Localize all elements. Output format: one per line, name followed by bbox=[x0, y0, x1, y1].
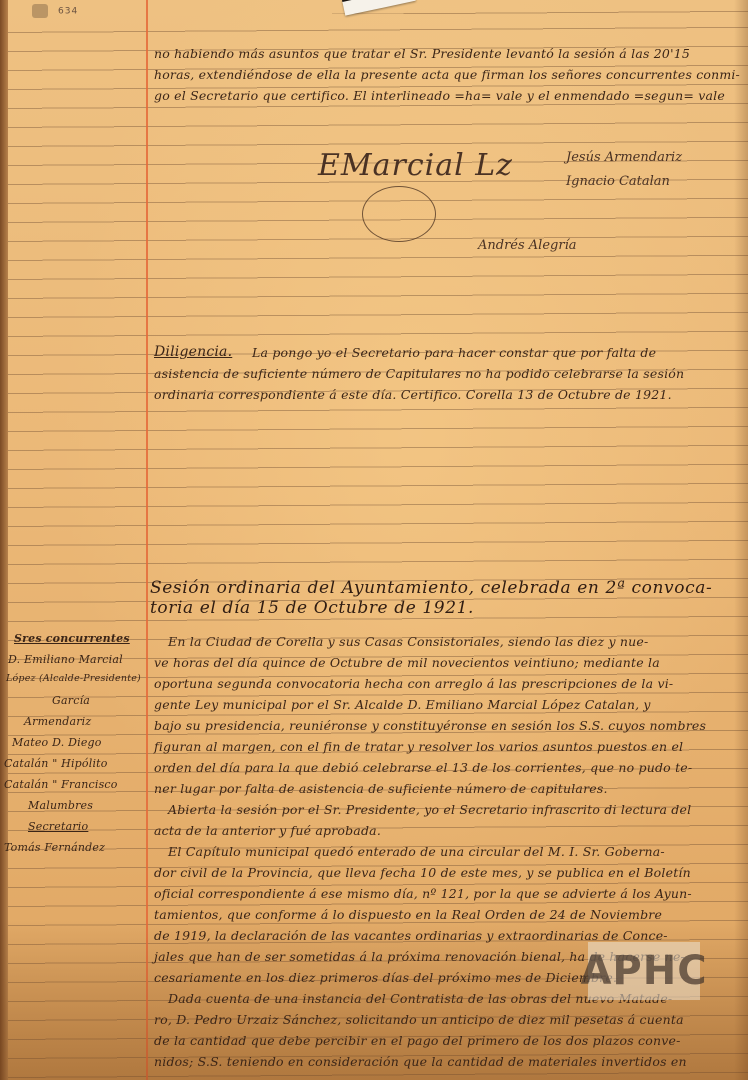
closing-line-1: no habiendo más asuntos que tratar el Sr… bbox=[154, 46, 690, 61]
attendee-line: Malumbres bbox=[28, 799, 93, 812]
folio-mark-text: 634 bbox=[58, 7, 78, 17]
red-margin-line bbox=[146, 0, 148, 1080]
page-shadow-right bbox=[734, 0, 748, 1080]
body-line: acta de la anterior y fué aprobada. bbox=[154, 823, 381, 838]
body-line: orden del día para la que debió celebrar… bbox=[154, 760, 692, 775]
attendee-line: García bbox=[52, 694, 90, 707]
body-line: bajo su presidencia, reuniéronse y const… bbox=[154, 718, 706, 733]
diligencia-line-3: ordinaria correspondiente á este día. Ce… bbox=[154, 387, 672, 402]
body-line: En la Ciudad de Corella y sus Casas Cons… bbox=[168, 634, 648, 649]
attendee-line: Catalán " Francisco bbox=[4, 778, 118, 791]
attendee-line: Secretario bbox=[28, 820, 88, 833]
diligencia-line-1: La pongo yo el Secretario para hacer con… bbox=[252, 345, 656, 360]
body-line: gente Ley municipal por el Sr. Alcalde D… bbox=[154, 697, 651, 712]
diligencia-line-2: asistencia de suficiente número de Capit… bbox=[154, 366, 684, 381]
closing-line-3: go el Secretario que certifico. El inter… bbox=[154, 88, 725, 103]
archive-stamp-icon bbox=[32, 4, 48, 18]
archive-watermark-logo: APHC bbox=[588, 942, 700, 1000]
body-line: de 1919, la declaración de las vacantes … bbox=[154, 928, 668, 943]
body-line: ner lugar por falta de asistencia de suf… bbox=[154, 781, 608, 796]
body-line: dor civil de la Provincia, que lleva fec… bbox=[154, 865, 691, 880]
session-title-line-1: Sesión ordinaria del Ayuntamiento, celeb… bbox=[150, 578, 712, 598]
session-title-line-2: toria el día 15 de Octubre de 1921. bbox=[150, 598, 474, 618]
attendee-line: Catalán " Hipólito bbox=[4, 757, 108, 770]
folio-number: 634 bbox=[32, 4, 78, 18]
attendee-line: D. Emiliano Marcial bbox=[8, 653, 123, 666]
body-line: ve horas del día quince de Octubre de mi… bbox=[154, 655, 660, 670]
signature-catalan: Ignacio Catalan bbox=[566, 174, 670, 189]
body-line: tamientos, que conforme á lo dispuesto e… bbox=[154, 907, 662, 922]
signature-secretary: Andrés Alegría bbox=[478, 238, 576, 253]
body-line: oficial correspondiente á ese mismo día,… bbox=[154, 886, 692, 901]
attendees-heading: Sres concurrentes bbox=[14, 632, 130, 645]
body-line: de la cantidad que debe percibir en el p… bbox=[154, 1033, 681, 1048]
attendee-line: López (Alcalde-Presidente) bbox=[6, 673, 141, 684]
body-line: ro, D. Pedro Urzaiz Sánchez, solicitando… bbox=[154, 1012, 684, 1027]
body-line: figuran al margen, con el fin de tratar … bbox=[154, 739, 683, 754]
binding-edge bbox=[0, 0, 8, 1080]
body-line: cesariamente en los diez primeros días d… bbox=[154, 970, 617, 985]
document-page: 634 no habiendo más asuntos que tratar e… bbox=[0, 0, 748, 1080]
body-line: nidos; S.S. teniendo en consideración qu… bbox=[154, 1054, 687, 1069]
diligencia-heading: Diligencia. bbox=[154, 344, 232, 360]
attendee-line: Armendariz bbox=[24, 715, 91, 728]
signature-flourish bbox=[362, 186, 436, 242]
body-line: El Capítulo municipal quedó enterado de … bbox=[168, 844, 665, 859]
attendee-line: Mateo D. Diego bbox=[12, 736, 102, 749]
signature-mayor: EMarcial Lz bbox=[318, 148, 513, 183]
signature-armendariz: Jesús Armendariz bbox=[566, 150, 682, 165]
body-line: Abierta la sesión por el Sr. Presidente,… bbox=[168, 802, 691, 817]
body-line: oportuna segunda convocatoria hecha con … bbox=[154, 676, 673, 691]
closing-line-2: horas, extendiéndose de ella la presente… bbox=[154, 67, 740, 82]
attendee-line: Tomás Fernández bbox=[4, 841, 105, 854]
